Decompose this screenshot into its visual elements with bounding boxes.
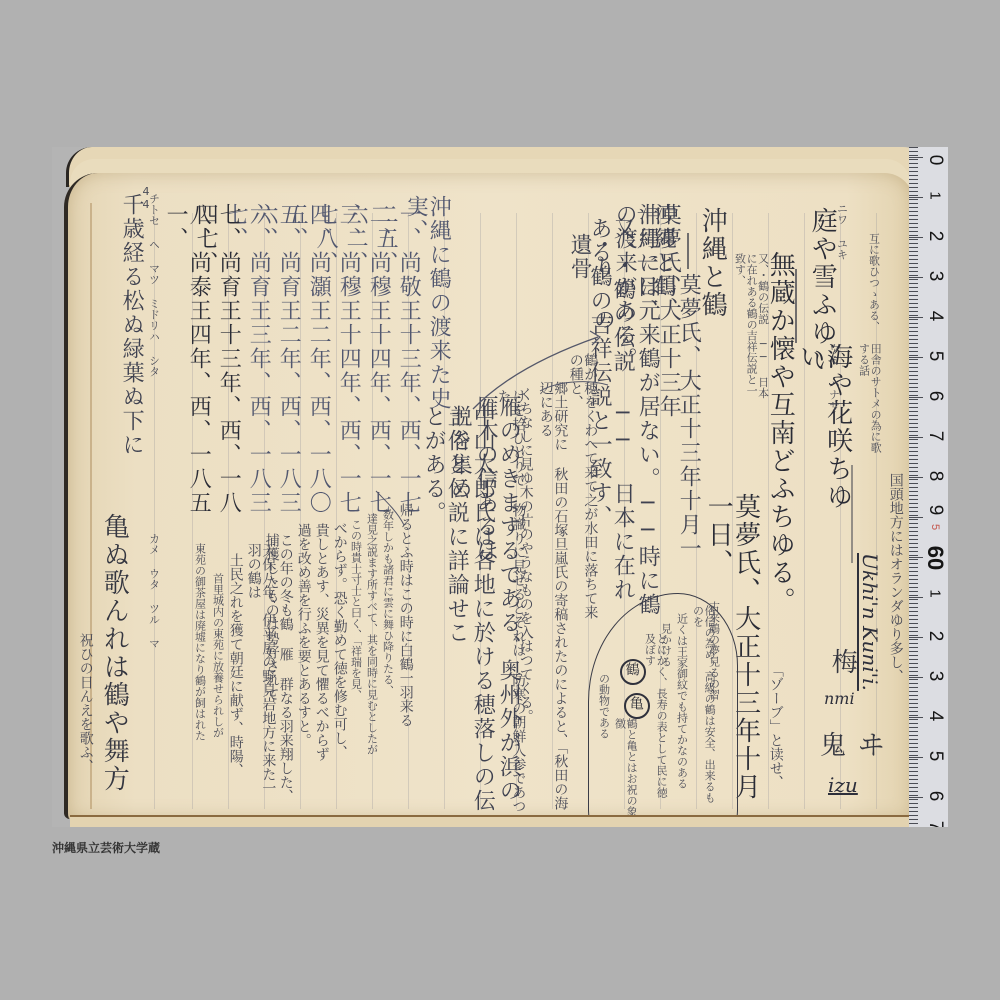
ruler-label: 1 xyxy=(927,580,944,608)
pencil-marks xyxy=(68,173,914,819)
ruler-label: 60 xyxy=(922,544,948,572)
ruler-label: 1 xyxy=(927,182,944,210)
ruler-label: 7 xyxy=(924,812,946,827)
ruler-label: 6 xyxy=(924,382,946,410)
ruler-label: 7 xyxy=(924,422,946,450)
collection-caption: 沖縄県立芸術大学蔵 xyxy=(52,839,160,856)
manuscript-photo: 44 田舎のサトメの為に歌する話 互に歌ひつゝある、 庭や雪ふゆい ニワ ユキ … xyxy=(52,147,948,827)
ruler-label: 2 xyxy=(924,222,946,250)
ruler-label: 8 xyxy=(924,462,946,490)
ruler-label: 2 xyxy=(924,622,946,650)
ruler-label: 0 xyxy=(924,147,946,174)
ruler-label: 3 xyxy=(924,662,946,690)
ruler-label: 5 xyxy=(924,742,946,770)
notebook-page: 44 田舎のサトメの為に歌する話 互に歌ひつゝある、 庭や雪ふゆい ニワ ユキ … xyxy=(64,173,914,819)
measurement-ruler: 0 1 2 3 4 5 6 7 8 9 5 60 1 2 3 4 5 6 7 xyxy=(909,147,948,827)
ruler-label: 3 xyxy=(924,262,946,290)
next-page-edge xyxy=(70,815,910,827)
ruler-label: 4 xyxy=(924,302,946,330)
ruler-minor-ticks xyxy=(909,147,918,827)
ruler-accent-label: 5 xyxy=(929,513,941,541)
ruler-label: 5 xyxy=(924,342,946,370)
ruler-label: 4 xyxy=(924,702,946,730)
ruler-label: 6 xyxy=(924,782,946,810)
